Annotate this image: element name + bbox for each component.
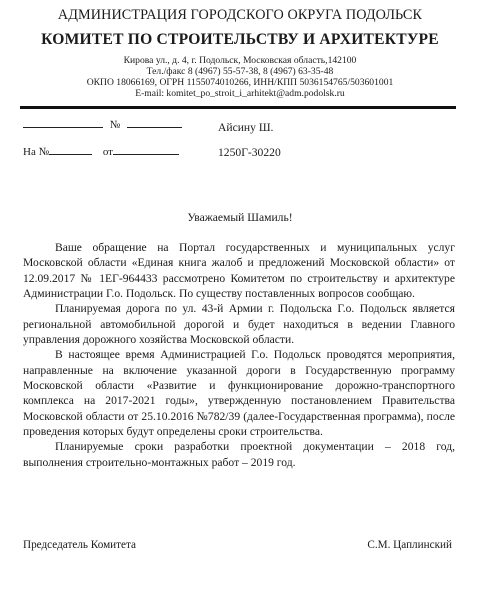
paragraph: Планируемые сроки разработки проектной д… xyxy=(23,439,455,470)
administration-title: АДМИНИСТРАЦИЯ ГОРОДСКОГО ОКРУГА ПОДОЛЬСК xyxy=(0,7,480,24)
paragraph: Планируемая дорога по ул. 43-й Армии г. … xyxy=(23,301,455,347)
outgoing-number-line: № xyxy=(23,118,182,131)
signatory-name: С.М. Цаплинский xyxy=(367,539,452,551)
reply-to-label: На № xyxy=(23,146,49,158)
reply-to-line: На № от xyxy=(23,145,179,158)
phone-line: Тел./факс 8 (4967) 55-57-38, 8 (4967) 63… xyxy=(0,66,480,77)
recipient-name: Айсину Ш. xyxy=(218,121,273,134)
paragraph: В настоящее время Администрацией Г.о. По… xyxy=(23,347,455,439)
header-divider xyxy=(20,106,456,109)
date-blank xyxy=(23,118,103,128)
from-label: от xyxy=(103,146,113,158)
committee-title: КОМИТЕТ ПО СТРОИТЕЛЬСТВУ И АРХИТЕКТУРЕ xyxy=(0,31,480,49)
salutation: Уважаемый Шамиль! xyxy=(0,211,480,224)
letter-body: Ваше обращение на Портал государственных… xyxy=(23,240,455,470)
signatory-title: Председатель Комитета xyxy=(23,539,136,551)
codes-line: ОКПО 18066169, ОГРН 1155074010266, ИНН/К… xyxy=(0,77,480,88)
reply-number-blank xyxy=(49,145,92,155)
email-line: E-mail: komitet_po_stroit_i_arhitekt@adm… xyxy=(0,88,480,99)
reply-date-blank xyxy=(113,145,179,155)
address-line: Кирова ул., д. 4, г. Подольск, Московска… xyxy=(0,55,480,66)
paragraph: Ваше обращение на Портал государственных… xyxy=(23,240,455,301)
number-blank xyxy=(127,118,182,128)
recipient-code: 1250Г-30220 xyxy=(218,146,281,159)
number-sign: № xyxy=(110,119,121,131)
